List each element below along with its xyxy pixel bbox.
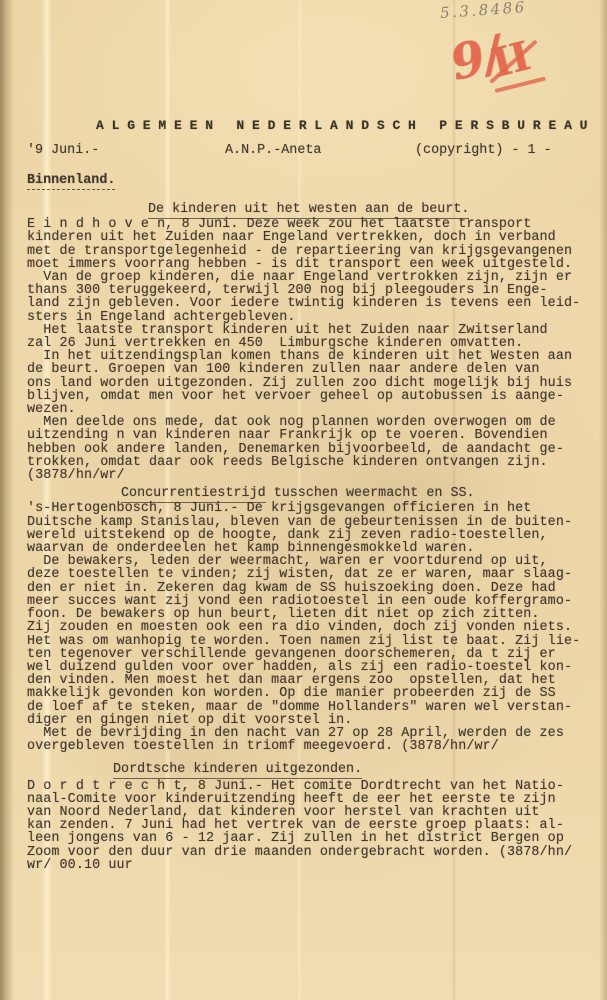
article-2-paragraph: 's-Hertogenbosch, 8 Juni.- De krijgsgeva… — [27, 502, 589, 555]
agency-name: A.N.P.-Aneta — [225, 143, 321, 158]
article-3-heading-text: Dordtsche kinderen uitgezonden. — [113, 762, 362, 779]
article-1-paragraph: In het uitzendingsplan komen thans de ki… — [27, 350, 589, 416]
article-content: De kinderen uit het westen aan de beurt.… — [27, 203, 589, 872]
article-3-heading: Dordtsche kinderen uitgezonden. — [113, 763, 589, 776]
article-1-paragraph: Het laatste transport kinderen uit het Z… — [27, 324, 589, 350]
article-1-heading: De kinderen uit het westen aan de beurt. — [148, 203, 589, 216]
scan-left-edge-shadow — [0, 0, 14, 1000]
dateline-row: '9 Juni.- A.N.P.-Aneta (copyright) - 1 - — [27, 143, 587, 159]
article-2-paragraph: De bewakers, leden der weermacht, waren … — [27, 555, 589, 727]
article-2-heading-rest: tusschen weermacht en SS. — [266, 486, 475, 501]
article-1-paragraph: E i n d h o v e n, 8 Juni. Deze week zou… — [27, 218, 589, 271]
article-2-paragraph: Met de bevrijding in den nacht van 27 op… — [27, 727, 589, 753]
article-1-paragraph: Van de groep kinderen, die naar Engeland… — [27, 271, 589, 324]
issue-date: '9 Juni.- — [27, 143, 99, 158]
red-crayon-mark: 9/ II — [444, 7, 580, 114]
scanned-press-bulletin-page: 5.3.8486 9/ II A L G E M E E N N E D E R… — [0, 0, 607, 1000]
bureau-name-header: A L G E M E E N N E D E R L A N D S C H … — [96, 118, 587, 133]
scan-right-edge-shadow — [599, 0, 607, 1000]
article-1-paragraph: Men deelde ons mede, dat ook nog plannen… — [27, 416, 589, 482]
section-label: Binnenland. — [27, 173, 115, 188]
article-3-paragraph: D o r d t r e c h t, 8 Juni.- Het comite… — [27, 780, 589, 872]
copyright-page-number: (copyright) - 1 - — [415, 143, 552, 158]
section-label-text: Binnenland. — [27, 173, 115, 190]
article-2-heading: Concurrentiestrijd tusschen weermacht en… — [121, 487, 589, 500]
